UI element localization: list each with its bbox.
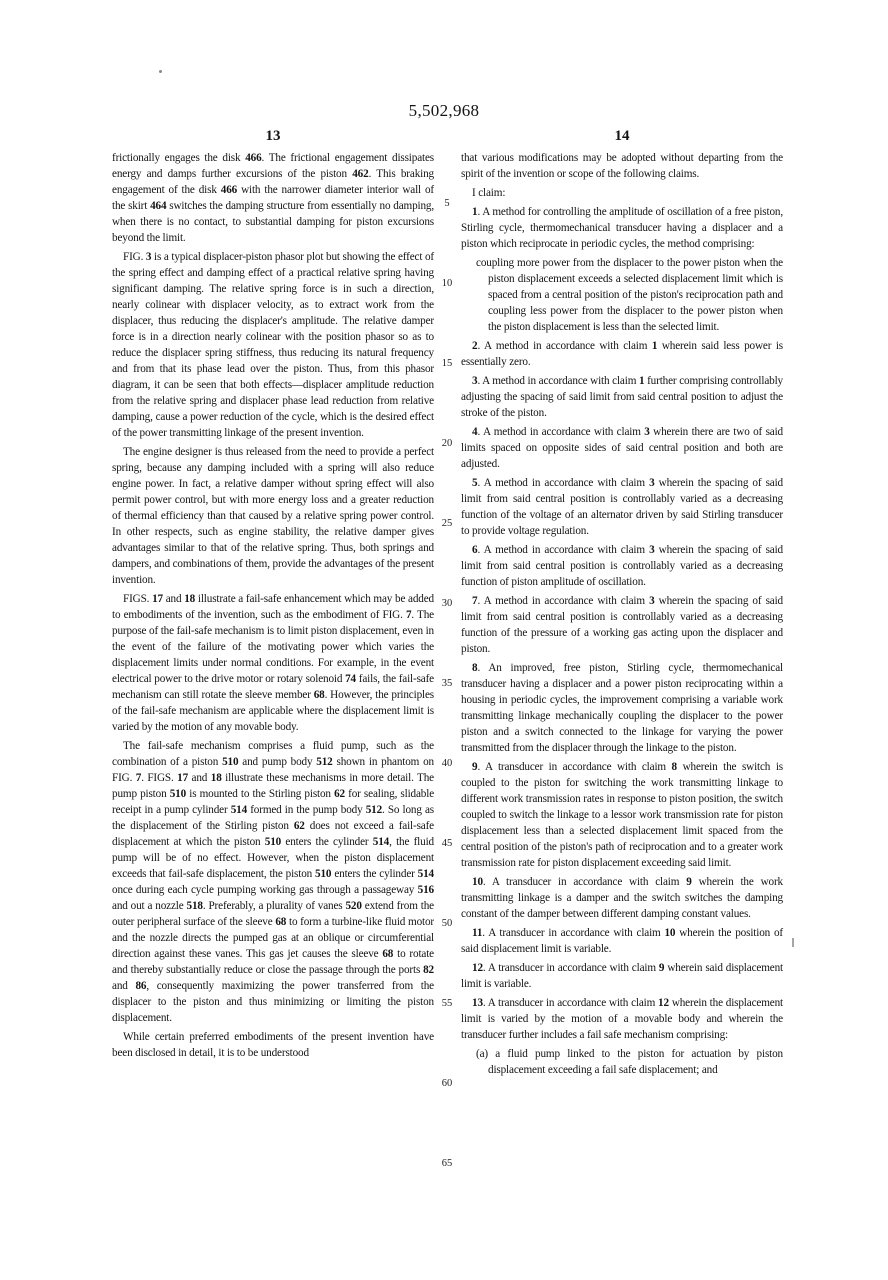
paragraph: coupling more power from the displacer t… — [461, 255, 783, 335]
paragraph: 13. A transducer in accordance with clai… — [461, 995, 783, 1043]
paragraph: that various modifications may be adopte… — [461, 150, 783, 182]
paragraph: 11. A transducer in accordance with clai… — [461, 925, 783, 957]
line-number: 35 — [433, 678, 461, 689]
line-number: 40 — [433, 758, 461, 769]
line-number: 60 — [433, 1078, 461, 1089]
paragraph: 3. A method in accordance with claim 1 f… — [461, 373, 783, 421]
column-number-right: 14 — [461, 128, 783, 145]
paragraph: 5. A method in accordance with claim 3 w… — [461, 475, 783, 539]
line-number: 45 — [433, 838, 461, 849]
line-number: 30 — [433, 598, 461, 609]
scan-speck — [159, 70, 162, 73]
paragraph: The fail-safe mechanism comprises a flui… — [112, 738, 434, 1026]
paragraph: FIG. 3 is a typical displacer-piston pha… — [112, 249, 434, 441]
line-number: 15 — [433, 358, 461, 369]
paragraph: 2. A method in accordance with claim 1 w… — [461, 338, 783, 370]
paragraph: 8. An improved, free piston, Stirling cy… — [461, 660, 783, 756]
paragraph: While certain preferred embodiments of t… — [112, 1029, 434, 1061]
line-number-gutter: 5101520253035404550556065 — [433, 150, 461, 1250]
paragraph: 12. A transducer in accordance with clai… — [461, 960, 783, 992]
line-number: 20 — [433, 438, 461, 449]
paragraph: frictionally engages the disk 466. The f… — [112, 150, 434, 246]
line-number: 5 — [433, 198, 461, 209]
paragraph: (a) a fluid pump linked to the piston fo… — [461, 1046, 783, 1078]
patent-page: { "header": { "patent_number": "5,502,96… — [0, 0, 888, 1280]
paragraph: 4. A method in accordance with claim 3 w… — [461, 424, 783, 472]
paragraph: The engine designer is thus released fro… — [112, 444, 434, 588]
paragraph: 9. A transducer in accordance with claim… — [461, 759, 783, 871]
patent-number: 5,502,968 — [0, 101, 888, 121]
line-number: 50 — [433, 918, 461, 929]
left-column-text: frictionally engages the disk 466. The f… — [112, 150, 434, 1064]
right-column-text: that various modifications may be adopte… — [461, 150, 783, 1081]
scan-tick-mark — [792, 938, 794, 947]
line-number: 55 — [433, 998, 461, 1009]
paragraph: 7. A method in accordance with claim 3 w… — [461, 593, 783, 657]
line-number: 65 — [433, 1158, 461, 1169]
paragraph: 10. A transducer in accordance with clai… — [461, 874, 783, 922]
line-number: 10 — [433, 278, 461, 289]
line-number: 25 — [433, 518, 461, 529]
paragraph: FIGS. 17 and 18 illustrate a fail-safe e… — [112, 591, 434, 735]
paragraph: I claim: — [461, 185, 783, 201]
column-number-left: 13 — [112, 128, 434, 145]
paragraph: 6. A method in accordance with claim 3 w… — [461, 542, 783, 590]
paragraph: 1. A method for controlling the amplitud… — [461, 204, 783, 252]
